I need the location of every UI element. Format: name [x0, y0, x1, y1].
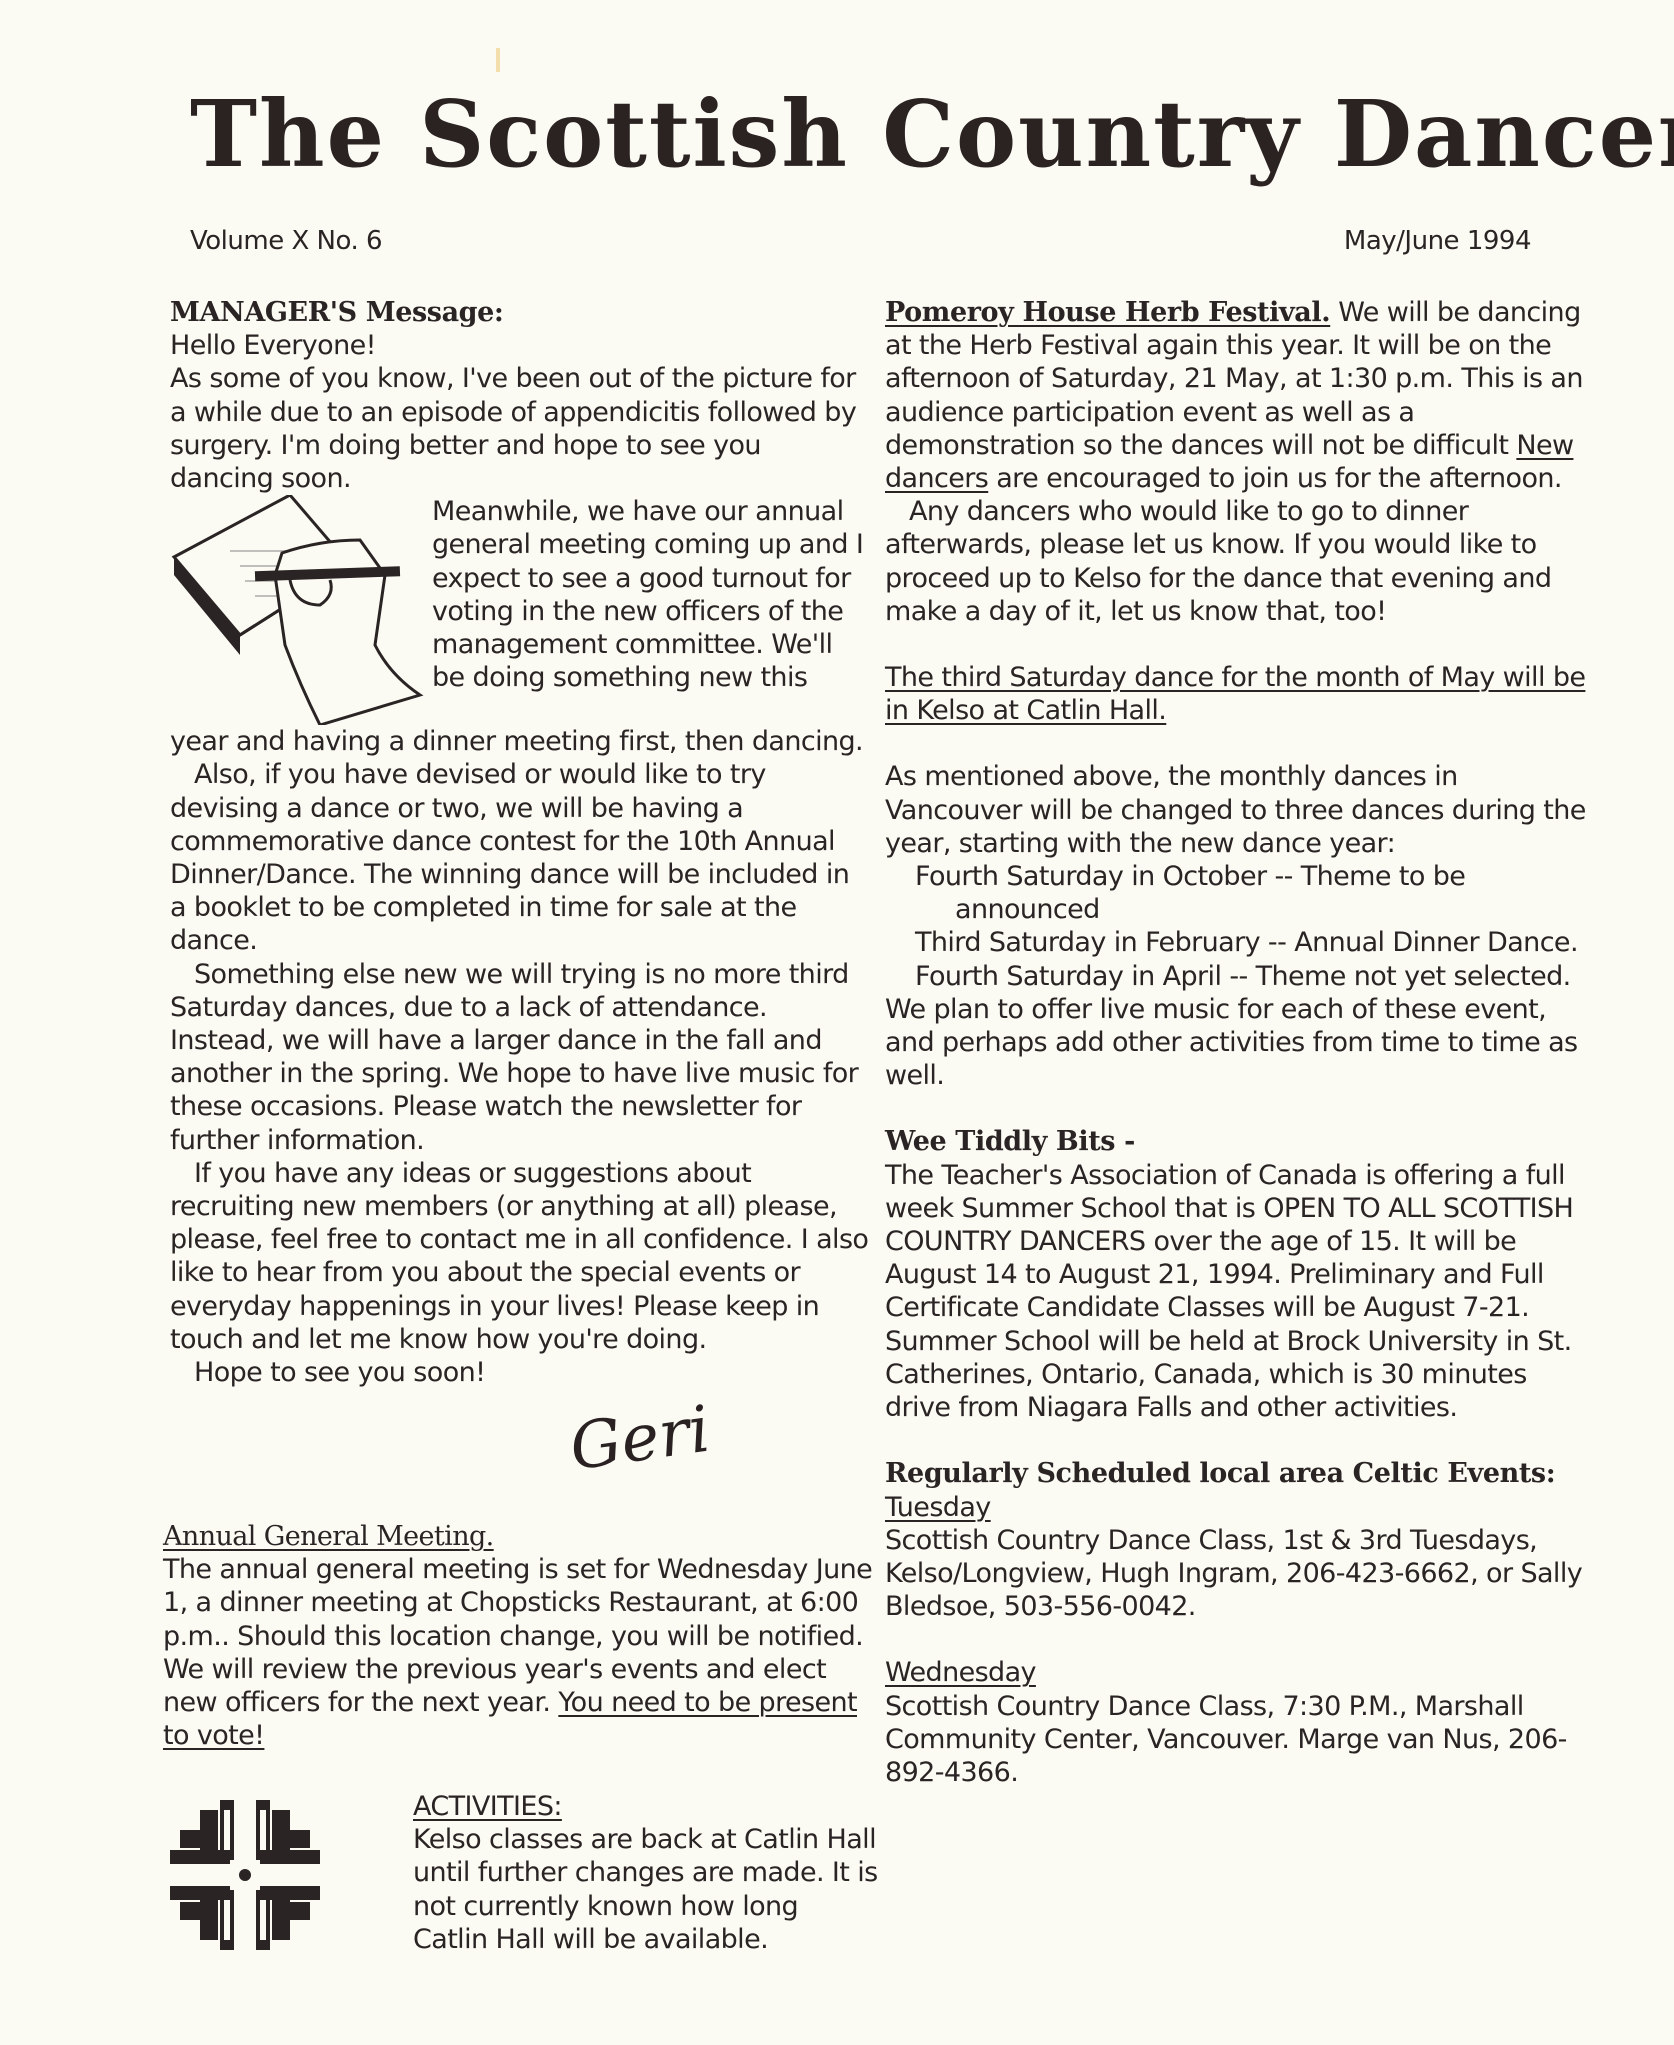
issue-date: May/June 1994	[1344, 226, 1531, 256]
manager-paragraph-2: Meanwhile, we have our annual general me…	[432, 495, 870, 725]
celtic-events-heading: Regularly Scheduled local area Celtic Ev…	[885, 1457, 1590, 1490]
herb-festival-paragraph: Pomeroy House Herb Festival. We will be …	[885, 296, 1590, 495]
newsletter-title: The Scottish Country Dancer	[190, 88, 1513, 180]
third-saturday-notice: The third Saturday dance for the month o…	[885, 661, 1590, 727]
herb-festival-heading: Pomeroy House Herb Festival.	[885, 297, 1330, 328]
schedule-item: Fourth Saturday in April -- Theme not ye…	[885, 960, 1590, 993]
tiddly-bits-body: The Teacher's Association of Canada is o…	[885, 1159, 1590, 1425]
event-day-wednesday: Wednesday	[885, 1656, 1590, 1689]
schedule-item: Fourth Saturday in October -- Theme to b…	[885, 860, 1590, 926]
manager-paragraph-3: Also, if you have devised or would like …	[170, 758, 870, 957]
manager-closing: Hope to see you soon!	[170, 1356, 870, 1389]
schedule-item: Third Saturday in February -- Annual Din…	[885, 926, 1590, 959]
manager-greeting: Hello Everyone!	[170, 329, 870, 362]
volume-number: Volume X No. 6	[190, 226, 382, 256]
right-column: Pomeroy House Herb Festival. We will be …	[885, 296, 1590, 1789]
manager-heading: MANAGER'S Message:	[170, 296, 870, 329]
event-detail-tuesday: Scottish Country Dance Class, 1st & 3rd …	[885, 1524, 1590, 1624]
agm-section: Annual General Meeting. The annual gener…	[163, 1520, 873, 1752]
event-detail-wednesday: Scottish Country Dance Class, 7:30 P.M.,…	[885, 1690, 1590, 1790]
manager-message-section: MANAGER'S Message: Hello Everyone! As so…	[170, 296, 870, 1389]
activities-body: Kelso classes are back at Catlin Hall un…	[413, 1823, 880, 1956]
tiddly-bits-heading: Wee Tiddly Bits -	[885, 1125, 1590, 1158]
agm-body: The annual general meeting is set for We…	[163, 1553, 873, 1752]
schedule-outro: We plan to offer live music for each of …	[885, 993, 1590, 1093]
activities-section: ACTIVITIES: Kelso classes are back at Ca…	[160, 1790, 880, 1960]
agm-heading: Annual General Meeting.	[163, 1520, 873, 1553]
activities-heading: ACTIVITIES:	[413, 1790, 880, 1823]
manager-paragraph-5: If you have any ideas or suggestions abo…	[170, 1157, 870, 1356]
celtic-knot-ornament-icon	[160, 1790, 375, 1960]
manager-paragraph-4: Something else new we will trying is no …	[170, 958, 870, 1157]
schedule-intro: As mentioned above, the monthly dances i…	[885, 760, 1590, 860]
signature: Geri	[566, 1393, 715, 1486]
herb-festival-text-cont: are encouraged to join us for the aftern…	[988, 463, 1562, 494]
manager-paragraph-2-cont: year and having a dinner meeting first, …	[170, 725, 870, 758]
hand-writing-notepad-icon	[170, 495, 432, 725]
paper-speck	[496, 48, 500, 72]
event-day-tuesday: Tuesday	[885, 1491, 1590, 1524]
herb-festival-paragraph-2: Any dancers who would like to go to dinn…	[885, 495, 1590, 628]
manager-paragraph-1: As some of you know, I've been out of th…	[170, 362, 870, 495]
